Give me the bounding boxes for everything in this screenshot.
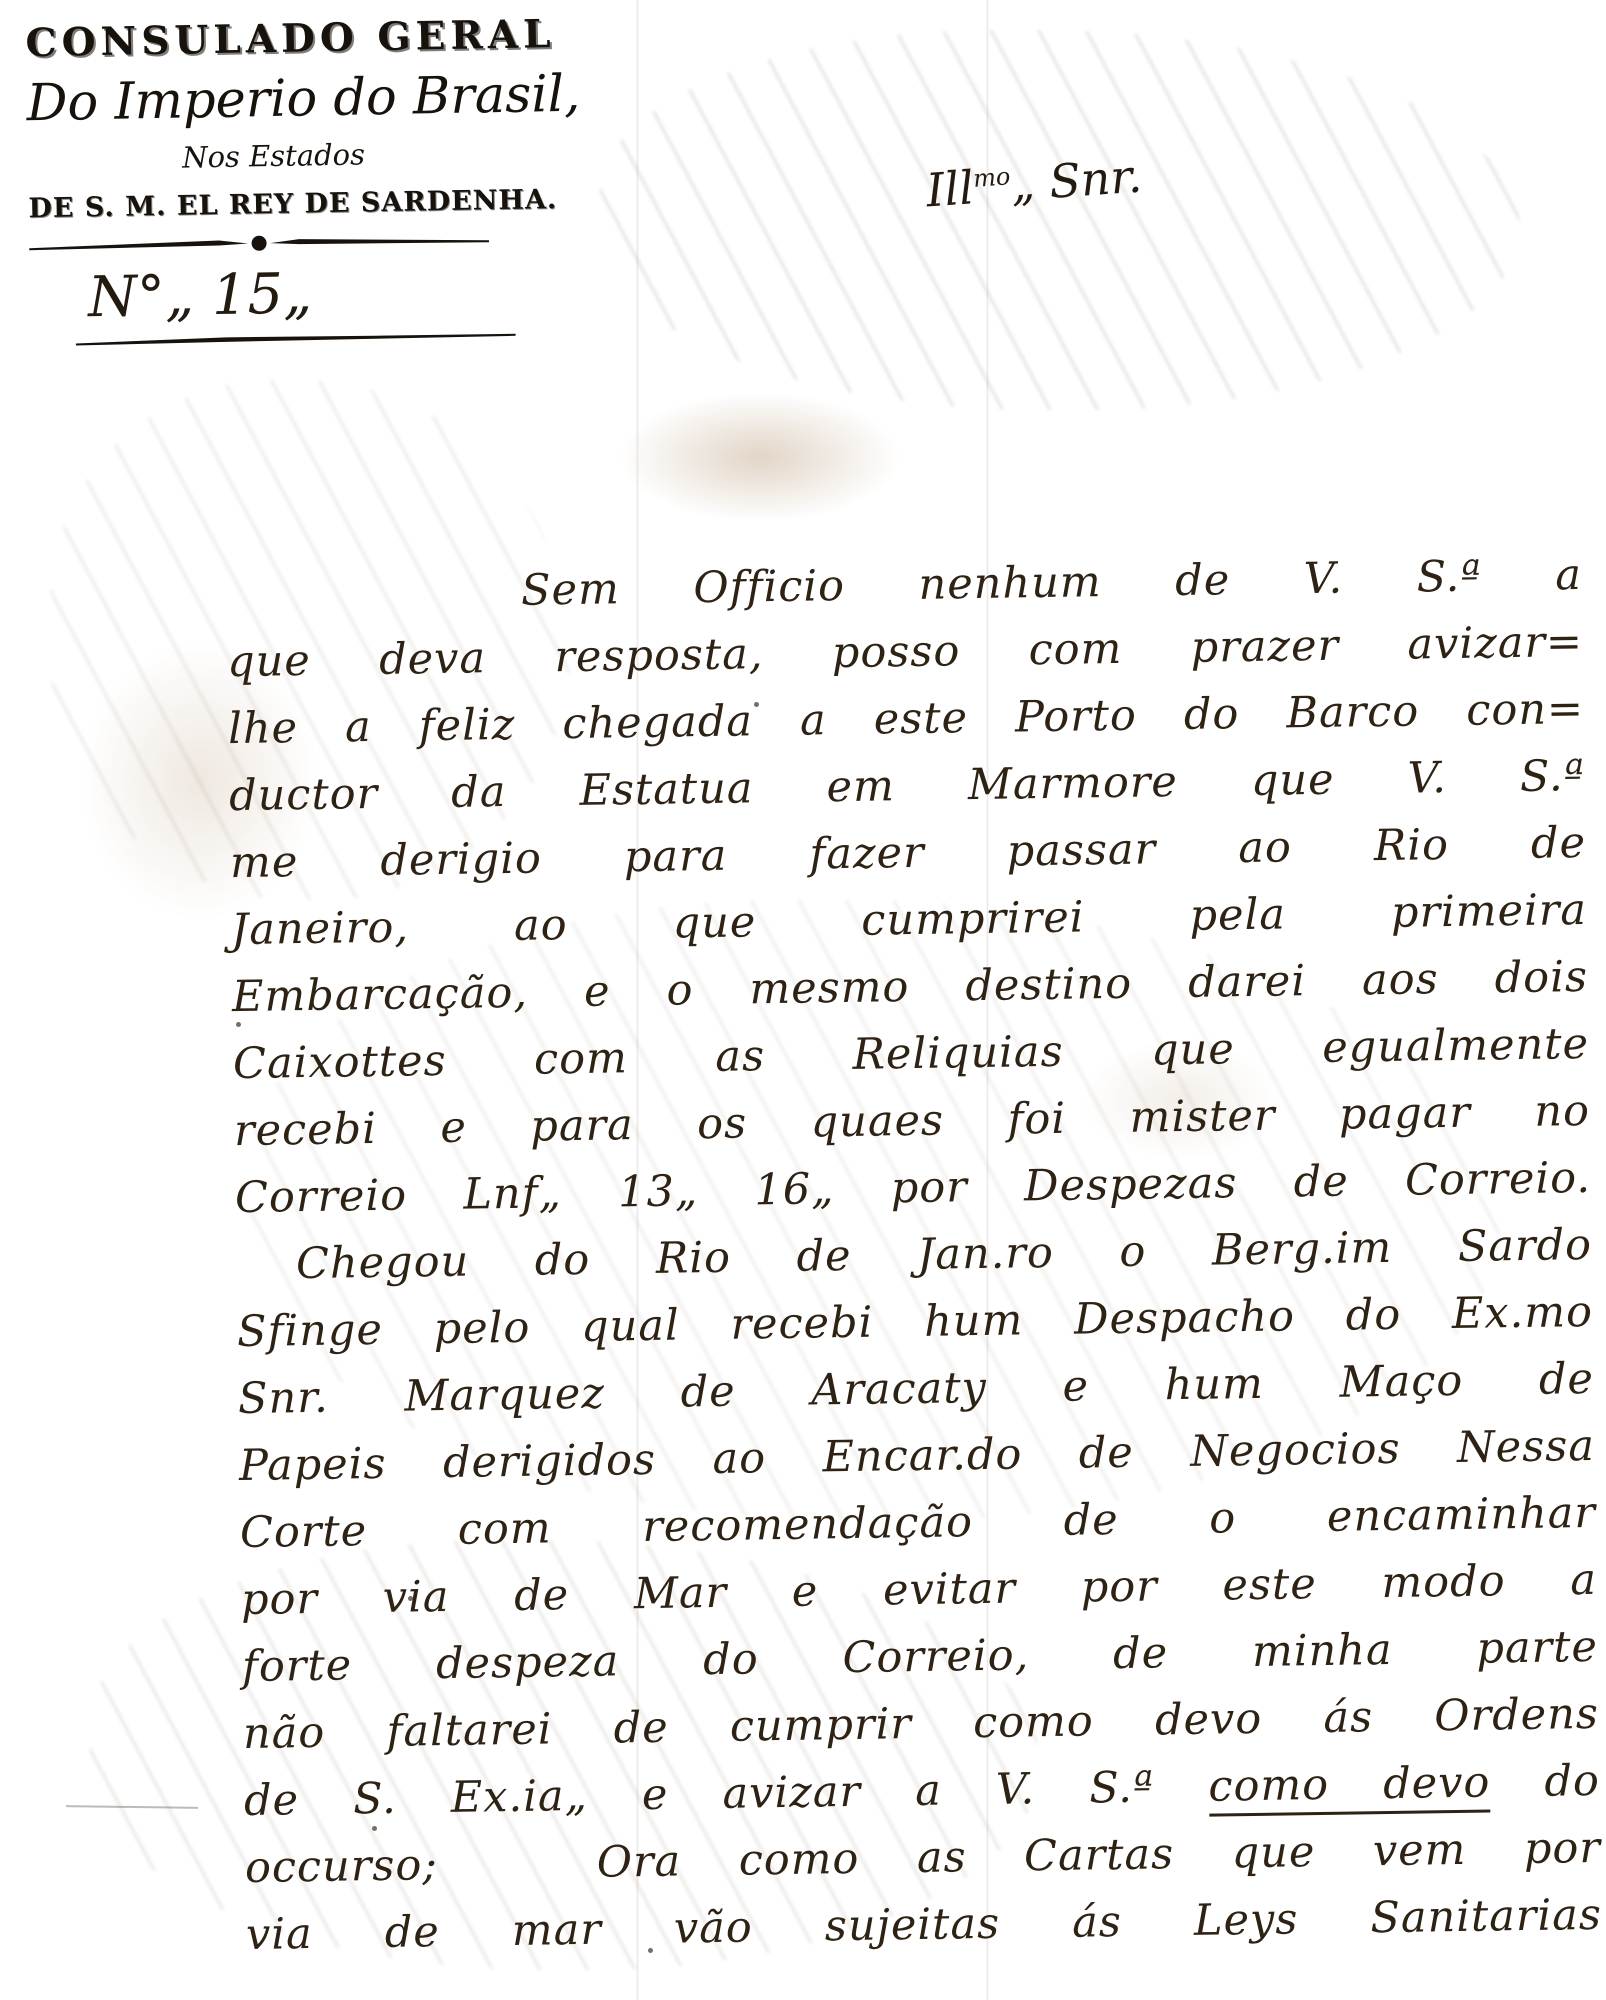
letter-body: Sem Officio nenhum de V. S.ª a que deva … <box>226 542 1603 1969</box>
underlined-phrase: como devo <box>1208 1758 1491 1817</box>
letterhead-subtitle-bold: DE S. M. EL REY DE SARDENHA. <box>28 185 520 225</box>
letterhead-title: CONSULADO GERAL <box>25 12 518 67</box>
letter-page: CONSULADO GERAL Do Imperio do Brasil, No… <box>0 0 1606 2000</box>
salutation-pre: Ill <box>924 160 975 217</box>
manuscript-line-segment: do <box>1490 1756 1600 1808</box>
document-number: N°„ 15„ <box>87 258 522 331</box>
letterhead-subtitle-script: Do Imperio do Brasil, <box>26 66 519 134</box>
showthrough-texture <box>600 30 1520 410</box>
letterhead-subtitle-small: Nos Estados <box>27 135 520 178</box>
salutation-superscript: mo <box>972 162 1011 193</box>
letterhead: CONSULADO GERAL Do Imperio do Brasil, No… <box>25 12 523 350</box>
ornamental-rule-icon <box>29 230 489 256</box>
salutation-post: „ Snr. <box>1009 149 1144 212</box>
paper-stain <box>620 392 900 522</box>
manuscript-line-segment: de S. Ex.ia„ e avizar a V. S.ª <box>244 1762 1209 1826</box>
ornamental-rule-icon <box>76 329 516 349</box>
